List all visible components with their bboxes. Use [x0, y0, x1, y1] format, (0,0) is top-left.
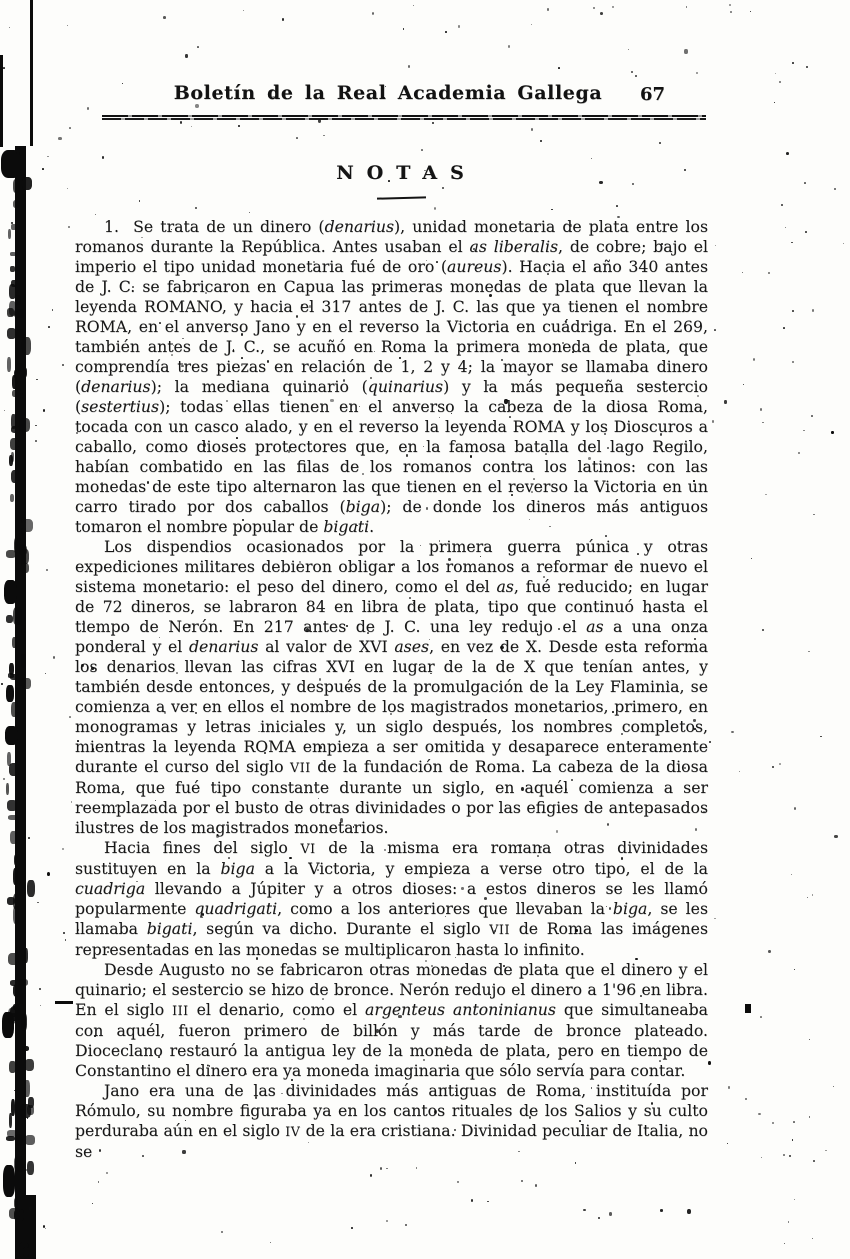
noise-speck: [147, 481, 149, 484]
noise-speck: [531, 24, 532, 25]
noise-speck: [453, 229, 455, 232]
noise-speck: [792, 361, 794, 363]
paragraph: Desde Augusto no se fabricaron otras mon…: [75, 960, 708, 1081]
noise-speck: [745, 1098, 747, 1100]
noise-speck: [442, 187, 444, 189]
binding-edge-blob: [9, 763, 19, 776]
noise-speck: [693, 480, 695, 482]
noise-speck: [255, 1096, 257, 1099]
noise-speck: [42, 168, 44, 170]
smallcaps-numeral: III: [172, 1003, 189, 1018]
noise-speck: [434, 207, 436, 210]
noise-speck: [69, 127, 71, 129]
noise-speck: [264, 752, 266, 754]
noise-speck: [434, 1110, 437, 1114]
noise-speck: [260, 765, 262, 768]
noise-speck: [792, 62, 794, 64]
noise-speck: [69, 716, 71, 718]
noise-speck: [612, 711, 614, 713]
noise-speck: [813, 1160, 815, 1162]
italic-term: argenteus antoninianus: [365, 1000, 556, 1019]
binding-edge-blob: [22, 337, 31, 355]
noise-speck: [779, 81, 781, 83]
noise-speck: [501, 359, 503, 361]
noise-speck: [399, 357, 401, 359]
noise-speck: [798, 452, 800, 454]
binding-edge-blob: [12, 637, 17, 648]
noise-speck: [83, 622, 85, 624]
noise-speck: [236, 437, 238, 439]
binding-edge-blob: [7, 328, 16, 339]
binding-edge-blob: [13, 179, 20, 193]
noise-speck: [714, 329, 716, 331]
noise-speck: [446, 1046, 448, 1048]
binding-edge-blob: [22, 1114, 26, 1127]
text-run: , según va dicho. Durante el siglo: [192, 919, 489, 938]
noise-speck: [760, 1016, 762, 1018]
noise-speck: [728, 1086, 730, 1089]
binding-edge-blob: [18, 1137, 23, 1152]
binding-edge-blob: [21, 1013, 27, 1031]
noise-speck: [35, 425, 37, 426]
noise-speck: [388, 180, 390, 182]
binding-edge-blob: [21, 563, 29, 573]
noise-speck: [645, 383, 647, 385]
noise-speck: [575, 929, 578, 932]
noise-speck: [272, 96, 275, 99]
binding-edge-blob: [16, 146, 20, 155]
binding-edge-blob: [6, 615, 13, 623]
noise-speck: [779, 763, 781, 765]
italic-term: cuadriga: [75, 879, 145, 898]
binding-edge-blob: [18, 979, 28, 986]
noise-speck: [37, 902, 39, 903]
noise-speck: [809, 1116, 810, 1118]
text-run: ); la mediana quinario (: [151, 377, 368, 396]
noise-speck: [405, 1224, 407, 1226]
noise-speck: [621, 857, 623, 860]
binding-edge-blob: [14, 1156, 23, 1172]
noise-speck: [77, 740, 79, 742]
noise-speck: [296, 137, 298, 139]
noise-speck: [612, 6, 614, 8]
noise-speck: [793, 1121, 795, 1123]
noise-speck: [760, 408, 762, 411]
text-run: , en vez de X. Desde esta reforma los de…: [75, 637, 708, 776]
noise-speck: [35, 440, 37, 442]
binding-edge-blob: [14, 854, 20, 866]
noise-speck: [820, 736, 822, 737]
binding-edge-blob: [6, 1136, 15, 1141]
smallcaps-numeral: VII: [290, 760, 311, 775]
noise-speck: [71, 801, 72, 803]
noise-speck: [805, 231, 807, 233]
noise-speck: [372, 12, 374, 15]
noise-speck: [684, 49, 688, 54]
noise-speck: [298, 824, 300, 826]
noise-speck: [176, 672, 178, 674]
noise-speck: [774, 102, 775, 103]
noise-speck: [703, 811, 705, 813]
noise-speck: [427, 563, 429, 565]
binding-edge-blob: [25, 1135, 35, 1145]
noise-speck: [558, 628, 560, 630]
header-rule-top-line: [102, 115, 706, 117]
noise-speck: [471, 1199, 473, 1202]
noise-speck: [570, 224, 572, 227]
noise-speck: [588, 457, 591, 460]
noise-speck: [808, 651, 810, 652]
noise-speck: [604, 433, 606, 435]
noise-speck: [409, 597, 411, 599]
noise-speck: [158, 1056, 160, 1058]
noise-speck: [813, 514, 815, 515]
noise-speck: [712, 420, 714, 423]
binding-edge-blob: [13, 200, 20, 208]
noise-speck: [504, 399, 508, 404]
noise-speck: [547, 8, 549, 11]
noise-speck: [270, 530, 272, 532]
noise-speck: [508, 45, 510, 48]
noise-speck: [322, 998, 324, 1000]
italic-term: biga: [220, 859, 254, 878]
noise-speck: [743, 384, 744, 385]
noise-speck: [617, 216, 620, 218]
text-run: a la Victoria, y empieza a verse otro ti…: [255, 859, 708, 878]
binding-edge-blob: [8, 1008, 16, 1024]
noise-speck: [282, 18, 284, 21]
noise-speck: [583, 1209, 586, 1211]
noise-speck: [598, 1217, 600, 1219]
noise-speck: [47, 872, 50, 876]
noise-speck: [245, 1073, 247, 1075]
noise-speck: [53, 656, 55, 659]
noise-speck: [686, 6, 687, 8]
noise-speck: [195, 712, 197, 714]
noise-speck: [660, 1209, 663, 1212]
noise-speck: [309, 305, 311, 308]
binding-edge-blob: [22, 177, 32, 190]
binding-edge-blob: [22, 1046, 29, 1051]
text-run: ). Hacia el año 340 antes de J. C. se fa…: [75, 257, 708, 396]
noise-speck: [423, 1059, 425, 1061]
italic-term: quadrigati: [194, 899, 277, 918]
noise-speck: [834, 188, 836, 190]
italic-term: as liberalis: [469, 237, 558, 256]
binding-edge-blob: [16, 938, 20, 950]
noise-speck: [159, 322, 161, 324]
noise-speck: [65, 939, 66, 941]
noise-speck: [233, 349, 234, 351]
noise-speck: [768, 272, 770, 274]
binding-edge-blob: [11, 1099, 15, 1116]
noise-speck: [631, 71, 633, 73]
noise-speck: [171, 354, 173, 356]
binding-edge-blob: [13, 1004, 19, 1010]
binding-edge-blob: [10, 831, 17, 844]
noise-speck: [521, 1180, 523, 1182]
noise-speck: [40, 1005, 41, 1006]
italic-term: biga: [346, 497, 380, 516]
noise-speck: [106, 1172, 108, 1174]
noise-speck: [289, 857, 292, 859]
noise-speck: [62, 364, 64, 366]
smallcaps-numeral: IV: [285, 1124, 300, 1139]
noise-speck: [426, 507, 428, 510]
binding-edge-blob: [27, 880, 35, 897]
noise-speck: [22, 1129, 24, 1132]
noise-speck: [775, 73, 776, 74]
binding-edge-blob: [22, 519, 33, 532]
noise-speck: [197, 46, 199, 48]
noise-speck: [791, 874, 792, 875]
noise-speck: [804, 182, 806, 184]
noise-speck: [62, 848, 64, 850]
italic-term: denarius: [189, 637, 258, 656]
noise-speck: [545, 453, 547, 455]
noise-speck: [792, 310, 794, 312]
noise-speck: [386, 1168, 388, 1169]
italic-term: bigati: [323, 517, 369, 536]
noise-speck: [132, 286, 134, 288]
noise-speck: [370, 1175, 372, 1177]
paragraph: Hacia fines del siglo VI de la misma era…: [75, 838, 708, 960]
noise-speck: [421, 149, 423, 151]
noise-speck: [36, 379, 38, 380]
binding-edge-blob: [10, 252, 16, 256]
binding-edge-blob: [19, 418, 30, 432]
noise-speck: [751, 558, 752, 559]
binding-edge-blob: [6, 783, 9, 795]
noise-speck: [370, 431, 372, 432]
noise-speck: [413, 5, 414, 6]
italic-term: denarius: [81, 377, 150, 396]
noise-speck: [693, 719, 696, 722]
noise-speck: [319, 678, 321, 681]
noise-speck: [348, 688, 350, 690]
noise-speck: [617, 566, 619, 568]
noise-speck: [551, 209, 553, 210]
noise-speck: [591, 158, 592, 159]
binding-edge-blob: [9, 455, 13, 466]
binding-edge-blob: [10, 438, 19, 450]
noise-speck: [113, 649, 115, 651]
noise-speck: [762, 629, 764, 631]
noise-speck: [445, 31, 447, 33]
noise-speck: [579, 1120, 581, 1122]
noise-speck: [659, 142, 661, 144]
noise-speck: [825, 1150, 827, 1151]
note-body: 1. Se trata de un dinero (denarius), uni…: [75, 217, 708, 1162]
noise-speck: [461, 887, 464, 890]
binding-edge-blob: [23, 1247, 29, 1257]
noise-speck: [812, 1238, 813, 1239]
noise-speck: [221, 1231, 223, 1233]
scan-artifact-dash: [55, 1001, 73, 1004]
italic-term: biga: [613, 899, 647, 918]
noise-speck: [575, 1162, 576, 1164]
noise-speck: [28, 837, 30, 839]
noise-speck: [249, 212, 250, 213]
noise-speck: [45, 1228, 46, 1229]
noise-speck: [180, 121, 182, 124]
paragraph: Los dispendios ocasionados por la primer…: [75, 537, 708, 838]
noise-speck: [739, 771, 740, 772]
binding-edge-blob: [21, 549, 29, 564]
noise-speck: [330, 399, 334, 402]
noise-speck: [727, 1143, 728, 1144]
noise-speck: [181, 365, 184, 367]
binding-edge-blob: [14, 370, 20, 374]
noise-speck: [750, 11, 751, 12]
section-heading: NOTAS: [100, 162, 700, 184]
noise-speck: [784, 1243, 785, 1244]
noise-speck: [299, 561, 301, 563]
noise-speck: [684, 767, 686, 769]
noise-speck: [781, 204, 783, 206]
noise-speck: [203, 443, 206, 447]
noise-speck: [58, 137, 62, 140]
page-number: 67: [640, 84, 665, 105]
noise-speck: [533, 478, 535, 480]
noise-speck: [92, 748, 94, 751]
noise-speck: [94, 955, 95, 956]
noise-speck: [3, 67, 5, 69]
scan-artifact-top-line: [30, 0, 33, 146]
noise-speck: [431, 965, 433, 967]
noise-speck: [724, 400, 727, 404]
noise-speck: [540, 140, 542, 142]
noise-speck: [68, 226, 70, 228]
binding-edge-blob: [13, 906, 19, 924]
binding-edge-blob: [16, 1188, 21, 1201]
binding-edge-blob: [11, 414, 16, 429]
noise-speck: [695, 828, 697, 831]
noise-speck: [503, 965, 505, 967]
noise-speck: [63, 932, 65, 934]
noise-speck: [383, 97, 385, 99]
noise-speck: [398, 1015, 402, 1018]
text-run: al valor de XVI: [258, 637, 394, 656]
binding-edge-blob: [17, 538, 21, 547]
noise-speck: [386, 1220, 388, 1222]
noise-speck: [9, 27, 10, 28]
noise-speck: [67, 188, 68, 189]
noise-speck: [729, 4, 731, 6]
noise-speck: [635, 958, 638, 960]
binding-edge-blob: [21, 654, 26, 668]
noise-speck: [803, 430, 805, 431]
italic-term: denarius: [325, 217, 394, 236]
binding-edge-blob: [10, 494, 14, 502]
binding-edge-blob: [9, 1208, 20, 1219]
noise-speck: [4, 410, 5, 411]
noise-speck: [243, 10, 244, 11]
noise-speck: [256, 957, 258, 960]
noise-speck: [47, 156, 49, 157]
italic-term: sestertius: [81, 397, 159, 416]
text-run: 1. Se trata de un dinero (: [104, 217, 325, 236]
noise-speck: [599, 181, 603, 184]
noise-speck: [794, 1199, 795, 1200]
text-run: Hacia fines del siglo: [104, 838, 300, 857]
noise-speck: [557, 393, 559, 396]
noise-speck: [228, 857, 230, 859]
noise-speck: [3, 778, 5, 780]
noise-speck: [318, 119, 321, 123]
noise-speck: [681, 1029, 683, 1031]
noise-speck: [102, 156, 104, 159]
scanned-page: Boletín de la Real Academia Gallega 67 N…: [0, 0, 850, 1259]
noise-speck: [812, 894, 813, 896]
noise-speck: [384, 849, 386, 851]
binding-edge-blob: [11, 702, 18, 717]
italic-term: aureus: [447, 257, 501, 276]
noise-speck: [351, 1227, 353, 1229]
noise-speck: [43, 409, 45, 412]
noise-speck: [408, 65, 410, 68]
binding-edge-blob: [20, 393, 23, 399]
noise-speck: [543, 889, 545, 890]
noise-speck: [46, 569, 48, 571]
noise-speck: [98, 1181, 99, 1183]
noise-speck: [420, 545, 421, 546]
noise-speck: [195, 104, 199, 108]
paragraph: Jano era una de las divinidades más anti…: [75, 1081, 708, 1162]
noise-speck: [1, 683, 3, 685]
noise-speck: [806, 66, 808, 68]
noise-speck: [809, 1039, 810, 1040]
scan-artifact-edge-mark: [0, 55, 3, 147]
binding-edge-blob: [8, 673, 14, 678]
italic-term: quinarius: [368, 377, 443, 396]
noise-speck: [834, 835, 838, 838]
paragraph: 1. Se trata de un dinero (denarius), uni…: [75, 217, 708, 537]
noise-speck: [616, 205, 618, 207]
noise-speck: [694, 638, 696, 640]
noise-speck: [609, 1212, 612, 1216]
noise-speck: [628, 49, 629, 50]
noise-speck: [313, 261, 315, 263]
noise-speck: [484, 897, 487, 900]
noise-speck: [632, 183, 634, 185]
noise-speck: [92, 1203, 93, 1204]
heading-rule: [377, 196, 426, 199]
noise-speck: [487, 1201, 489, 1202]
noise-speck: [241, 357, 243, 359]
noise-speck: [807, 897, 808, 898]
binding-edge-blob: [15, 295, 21, 305]
noise-speck: [709, 741, 711, 743]
noise-speck: [391, 564, 393, 566]
noise-speck: [432, 122, 434, 124]
text-run: el denario, como el: [189, 1000, 365, 1019]
noise-speck: [52, 309, 53, 311]
noise-speck: [772, 1122, 774, 1124]
noise-speck: [768, 950, 771, 953]
noise-speck: [182, 1150, 186, 1154]
noise-speck: [531, 128, 533, 131]
noise-speck: [715, 245, 716, 246]
scan-artifact-blob: [4, 580, 17, 604]
noise-speck: [195, 207, 197, 209]
binding-edge-blob: [10, 266, 15, 272]
noise-speck: [730, 11, 732, 13]
binding-edge-blob: [19, 993, 23, 1004]
noise-speck: [565, 321, 567, 323]
binding-edge-blob: [7, 897, 15, 905]
binding-edge-blob: [7, 800, 17, 811]
